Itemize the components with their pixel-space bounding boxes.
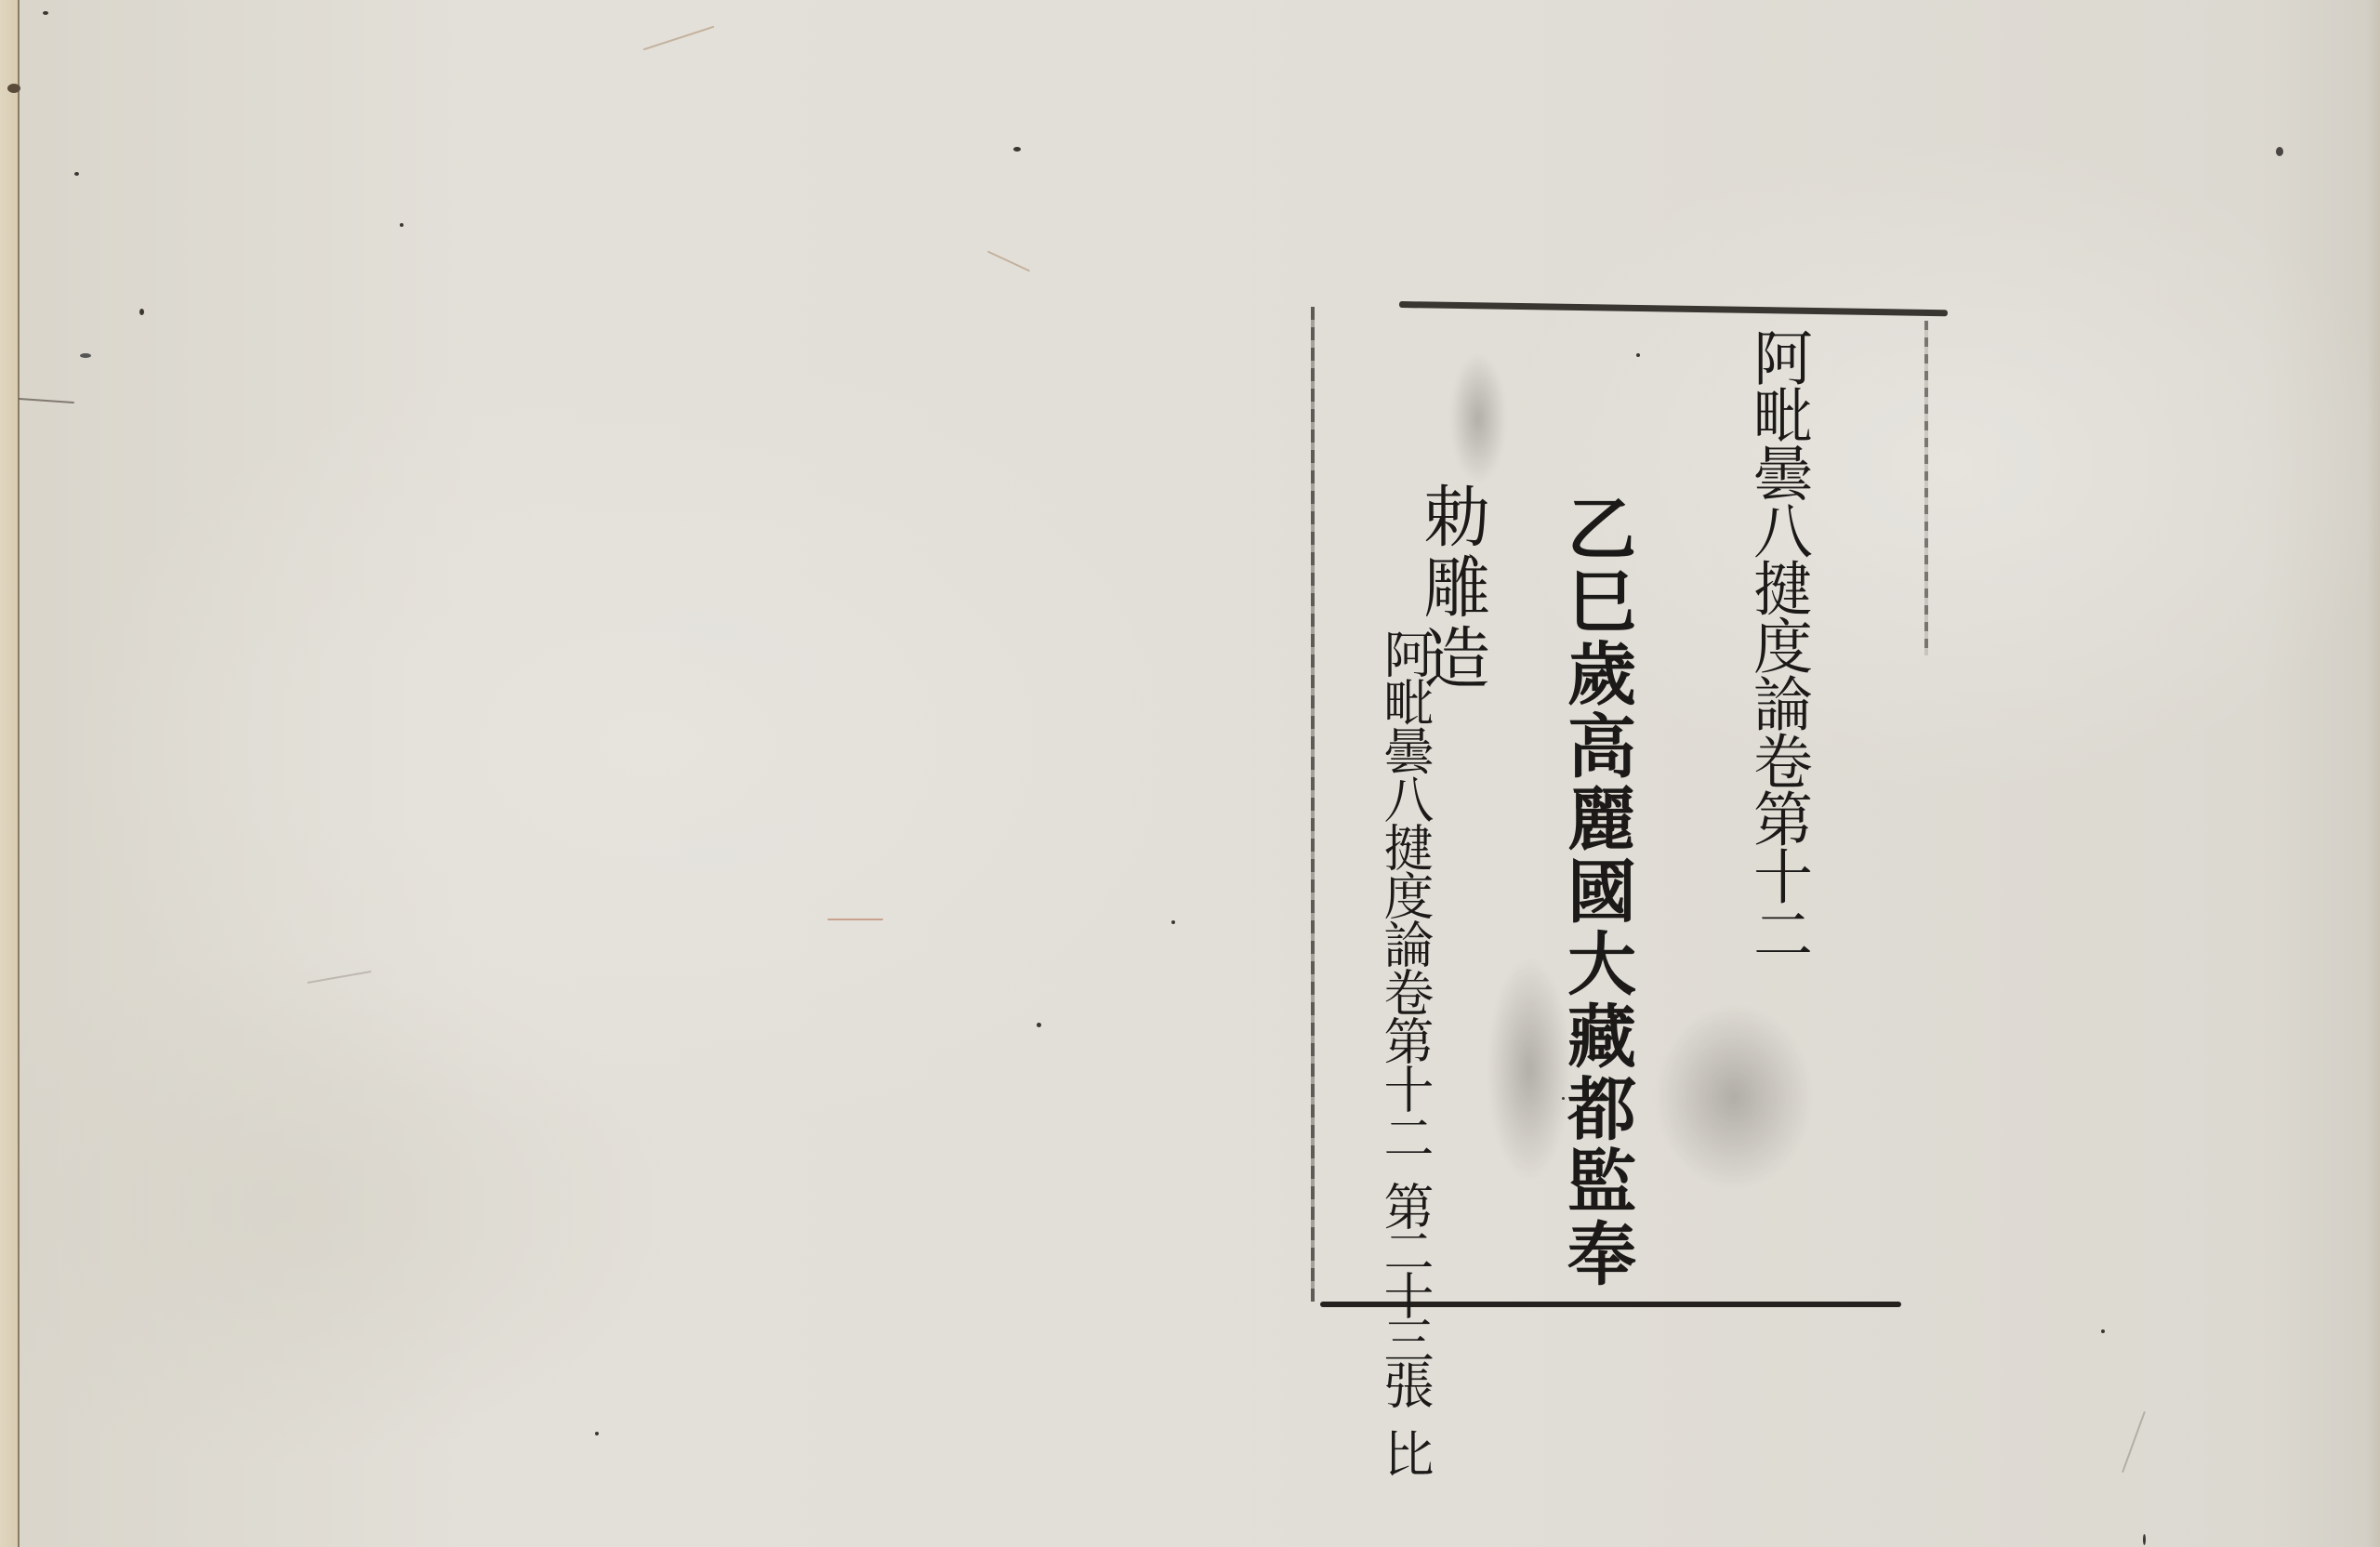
page-label-column: 阿毗曇八揵度論卷第十二第二十三張比 [1380, 628, 1430, 1476]
ink-smudge [1450, 353, 1506, 483]
block-mark: 比 [1380, 1428, 1430, 1476]
page-right-edge [2367, 0, 2380, 1547]
paper-speck [1013, 147, 1021, 152]
binding-margin [0, 0, 18, 1547]
frame-border-top [1399, 301, 1948, 316]
page-label-title: 阿毗曇八揵度論卷第十二 [1376, 628, 1435, 1160]
paper-speck [400, 223, 403, 227]
paper-speck [1171, 920, 1175, 924]
page-number: 第二十三張 [1376, 1181, 1435, 1404]
paper-fiber [307, 971, 371, 984]
paper-speck [595, 1432, 599, 1435]
paper-speck [7, 84, 20, 93]
paper-speck [1636, 353, 1640, 357]
binding-edge-line [18, 0, 20, 1547]
paper-speck [2101, 1329, 2105, 1333]
paper-fiber [2122, 1411, 2146, 1473]
scanned-page: 阿毗曇八揵度論卷第十二 乙巳歲高麗國大藏都監奉 勅雕造 阿毗曇八揵度論卷第十二第… [0, 0, 2380, 1547]
paper-fiber [987, 251, 1030, 272]
paper-speck [2276, 147, 2283, 156]
frame-border-left [1311, 307, 1315, 1302]
paper-fiber [19, 398, 74, 403]
frame-border-right [1924, 321, 1928, 655]
colophon-column: 乙巳歲高麗國大藏都監奉 [1562, 493, 1631, 1290]
sutra-title-column: 阿毗曇八揵度論卷第十二 [1748, 327, 1807, 961]
paper-speck [80, 353, 91, 358]
paper-speck [139, 309, 144, 315]
ink-smudge [1655, 1004, 1813, 1190]
paper-fiber [827, 919, 883, 920]
paper-speck [1037, 1023, 1041, 1027]
paper-fiber [643, 26, 715, 51]
paper-speck [74, 172, 79, 176]
paper-speck [2143, 1534, 2146, 1545]
paper-speck [43, 11, 48, 15]
